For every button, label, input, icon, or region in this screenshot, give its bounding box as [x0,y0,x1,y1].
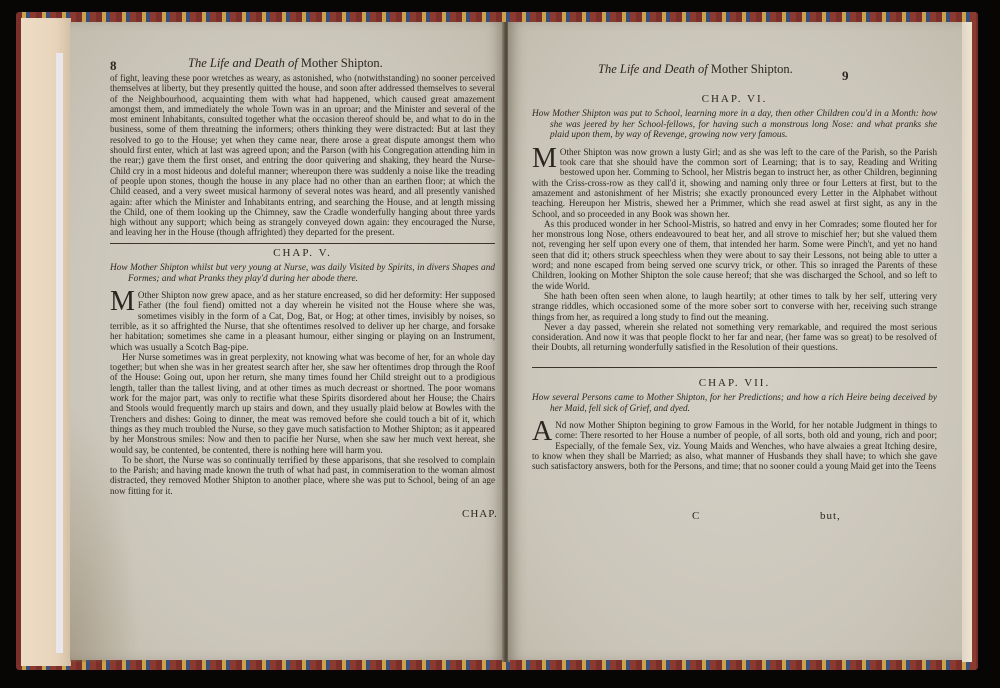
signature-mark: C [692,510,699,522]
chapter-title: CHAP. V. [110,248,495,258]
catchword-right: but, [820,510,841,522]
chapter-title: CHAP. VI. [532,94,937,104]
paragraph: She hath been often seen when alone, to … [532,291,937,322]
chapter-description: How Mother Shipton was put to School, le… [532,109,937,141]
drop-cap: M [110,291,135,313]
running-head-left: The Life and Death of Mother Shipton. [188,56,383,71]
page-number-left: 8 [110,58,117,74]
running-head-right: The Life and Death of Mother Shipton. [598,62,793,77]
paragraph: Never a day passed, wherein she related … [532,322,937,353]
paragraph: of fight, leaving these poor wretches as… [110,73,495,238]
right-page-edge [962,22,972,662]
section-rule [110,243,495,244]
running-head-roman: Mother Shipton. [711,62,793,76]
drop-cap: A [532,421,552,443]
running-head-roman: Mother Shipton. [301,56,383,70]
chapter-description: How Mother Shipton whilst but very young… [110,263,495,284]
paragraph: Nd now Mother Shipton begining to grow F… [532,420,937,471]
bookmark-strip [56,53,63,653]
left-text-block: of fight, leaving these poor wretches as… [110,73,495,496]
paragraph: As this produced wonder in her School-Mi… [532,219,937,291]
front-pastedown [21,18,71,666]
chapter-description: How several Persons came to Mother Shipt… [532,393,937,414]
drop-cap: M [532,148,557,170]
running-head-italic: The Life and Death of [188,56,298,70]
chapter-title: CHAP. VII. [532,378,937,388]
catchword-left: CHAP. [462,508,498,520]
paragraph: To be short, the Nurse was so continuall… [110,455,495,496]
paragraph: Other Shipton was now grown a lusty Girl… [532,147,937,219]
running-head-italic: The Life and Death of [598,62,708,76]
page-number-right: 9 [842,68,849,84]
section-rule [532,367,937,368]
left-page: 8 The Life and Death of Mother Shipton. … [70,22,504,660]
paragraph: Other Shipton now grew apace, and as her… [110,290,495,351]
right-text-block: CHAP. VI. How Mother Shipton was put to … [532,90,937,472]
right-page: The Life and Death of Mother Shipton. 9 … [508,22,963,660]
paragraph: Her Nurse sometimes was in great perplex… [110,352,495,455]
